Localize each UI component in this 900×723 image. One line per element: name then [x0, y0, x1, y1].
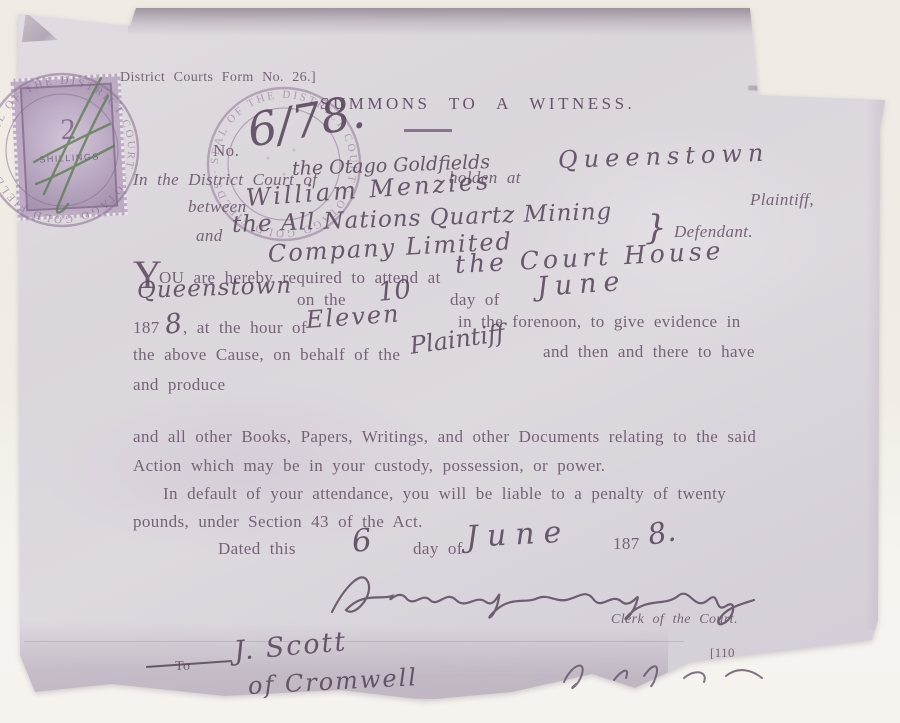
dated-this-label: Dated this	[218, 539, 296, 559]
year-printed: 187	[133, 318, 160, 338]
form-reference: District Courts Form No. 26.]	[120, 70, 316, 86]
and-label: and	[196, 226, 223, 246]
dated-day-handwritten: 6	[350, 522, 373, 560]
cause-line-end-printed: and then and there to have	[543, 342, 755, 362]
title-rule	[404, 129, 452, 132]
and-produce-printed: and produce	[133, 375, 225, 395]
default-line1: In default of your attendance, you will …	[163, 484, 726, 504]
clerk-of-court-label: Clerk of the Court.	[611, 612, 738, 628]
case-number-label: No.	[213, 141, 239, 161]
dated-year-digit-handwritten: 8.	[645, 513, 678, 551]
attend-town-handwritten: Queenstown	[137, 273, 293, 304]
to-label: To	[175, 659, 190, 675]
plaintiff-label: Plaintiff,	[750, 190, 814, 210]
court-seal-over-stamp: SEAL OF THE DISTRICT COURT · OTAGO GOLD …	[0, 64, 148, 236]
document-title: SUMMONS TO A WITNESS.	[320, 94, 635, 114]
paper-corner-fold-top-left	[20, 10, 60, 44]
photograph-of-summons-document: 2 SHILLINGS SEAL OF THE DISTRICT COURT ·…	[0, 0, 900, 723]
paper-top-edge-shadow	[128, 6, 768, 36]
paper-fold-crease	[748, 85, 886, 95]
paper-right-edge-shade	[866, 100, 892, 630]
hour-line-printed: , at the hour of	[183, 318, 307, 338]
day-of-label: day of	[450, 290, 500, 310]
dated-year-printed: 187	[613, 534, 640, 554]
month-handwritten: June	[536, 266, 628, 303]
dated-day-of-label: day of	[413, 539, 463, 559]
cause-line-printed: the above Cause, on behalf of the	[133, 345, 400, 365]
default-line2: pounds, under Section 43 of the Act.	[133, 512, 423, 532]
books-line1: and all other Books, Papers, Writings, a…	[133, 427, 756, 447]
books-line2: Action which may be in your custody, pos…	[133, 456, 605, 476]
paper-fold-corner-top-right	[742, 4, 888, 104]
horizontal-crease-line	[24, 641, 684, 642]
handwriting-fragment	[556, 652, 771, 697]
dated-month-handwritten: June	[465, 515, 571, 555]
